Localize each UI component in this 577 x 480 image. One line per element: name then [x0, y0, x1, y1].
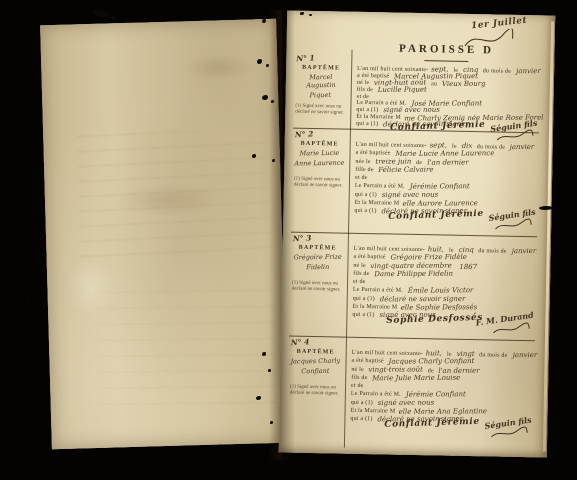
- left-page: [40, 19, 288, 449]
- margin-footnote: (1) Signé avec nous ou déclaré ne savoir…: [292, 176, 346, 190]
- baptism-entry: N° 4 BAPTÊME Jacques Charly Confiant (1)…: [287, 337, 535, 452]
- entry-number: N° 3: [293, 234, 312, 242]
- ink-blot: [27, 300, 29, 302]
- page-stain: [183, 53, 254, 81]
- entry-number: N° 2: [295, 130, 314, 138]
- godmother-signature: Sophie Desfossés: [386, 313, 483, 325]
- entry-name: Piquet: [310, 91, 331, 99]
- ink-blot: [309, 14, 312, 16]
- signature-row: Sophie Desfossés F. M. Durand: [352, 313, 535, 331]
- entry-name: Marie Lucie: [300, 148, 340, 157]
- book-fold-shadow: [269, 10, 295, 460]
- baptism-entry: N° 2 BAPTÊME Marie Lucie Anne Laurence (…: [291, 129, 539, 238]
- entry-margin: N° 2 BAPTÊME Marie Lucie Anne Laurence (…: [291, 131, 347, 233]
- priest-signature: Confiant Jérémie: [388, 209, 484, 221]
- baptism-label: BAPTÊME: [299, 244, 337, 251]
- entry-body: L'an mil huit cent soixante-huit, le vin…: [341, 340, 535, 452]
- entry-margin: N° 1 BAPTÊME Marcel Augustin Piquet (1) …: [293, 55, 348, 129]
- baptism-label: BAPTÊME: [301, 140, 339, 147]
- entry-body: L'an mil huit cent soixante-sept, le cin…: [347, 56, 540, 133]
- baptism-entry: N° 3 BAPTÊME Grégoire Frize Fidelin (1) …: [289, 233, 537, 342]
- margin-footnote: (1) Signé avec nous ou déclaré ne savoir…: [293, 103, 347, 117]
- priest-signature: Confiant Jérémie: [384, 417, 480, 429]
- right-page: 1er Juillet PAROISSE D N° 1 BAPTÊME Marc…: [279, 10, 555, 457]
- margin-footnote: (1) Signé avec nous ou déclaré ne savoir…: [290, 280, 344, 294]
- ink-smear: [92, 9, 111, 18]
- page-edge: [543, 22, 554, 452]
- entries-column: N° 1 BAPTÊME Marcel Augustin Piquet (1) …: [287, 53, 541, 452]
- signature-row: Confiant Jérémie Séguin fils: [354, 209, 537, 227]
- baptism-label: BAPTÊME: [297, 348, 335, 355]
- entry-lines: L'an mil huit cent soixante-sept, le cin…: [356, 57, 540, 123]
- entry-number: N° 1: [296, 54, 315, 62]
- ink-bleed-through: [95, 282, 278, 414]
- ink-blot: [112, 16, 115, 19]
- scanned-register-spread: 1er Juillet PAROISSE D N° 1 BAPTÊME Marc…: [0, 0, 577, 480]
- entry-lines: L'an mil huit cent soixante-huit, le vin…: [351, 341, 535, 419]
- entry-lines: L'an mil huit cent soixante-huit, le cin…: [353, 237, 537, 315]
- margin-footnote: (1) Signé avec nous ou déclaré ne savoir…: [288, 384, 342, 398]
- baptism-entry: N° 1 BAPTÊME Marcel Augustin Piquet (1) …: [293, 53, 540, 134]
- ink-blot: [79, 449, 82, 452]
- baptism-label: BAPTÊME: [302, 64, 340, 71]
- signature-row: Confiant Jérémie Séguin fils: [350, 417, 533, 435]
- entry-body: L'an mil huit cent soixante-sept, le dix…: [345, 132, 539, 237]
- entry-margin: N° 4 BAPTÊME Jacques Charly Confiant (1)…: [287, 339, 343, 448]
- entry-name: Confiant: [301, 366, 329, 375]
- entry-body: L'an mil huit cent soixante-huit, le cin…: [343, 236, 537, 341]
- entry-name: Jacques Charly: [291, 356, 341, 365]
- entry-lines: L'an mil huit cent soixante-sept, le dix…: [354, 133, 538, 211]
- entry-name: Fidelin: [306, 263, 329, 271]
- entry-name: Grégoire Frize: [293, 252, 341, 261]
- entry-name: Anne Laurence: [294, 158, 344, 167]
- entry-name: Marcel Augustin: [294, 72, 348, 89]
- entry-margin: N° 3 BAPTÊME Grégoire Frize Fidelin (1) …: [289, 235, 345, 337]
